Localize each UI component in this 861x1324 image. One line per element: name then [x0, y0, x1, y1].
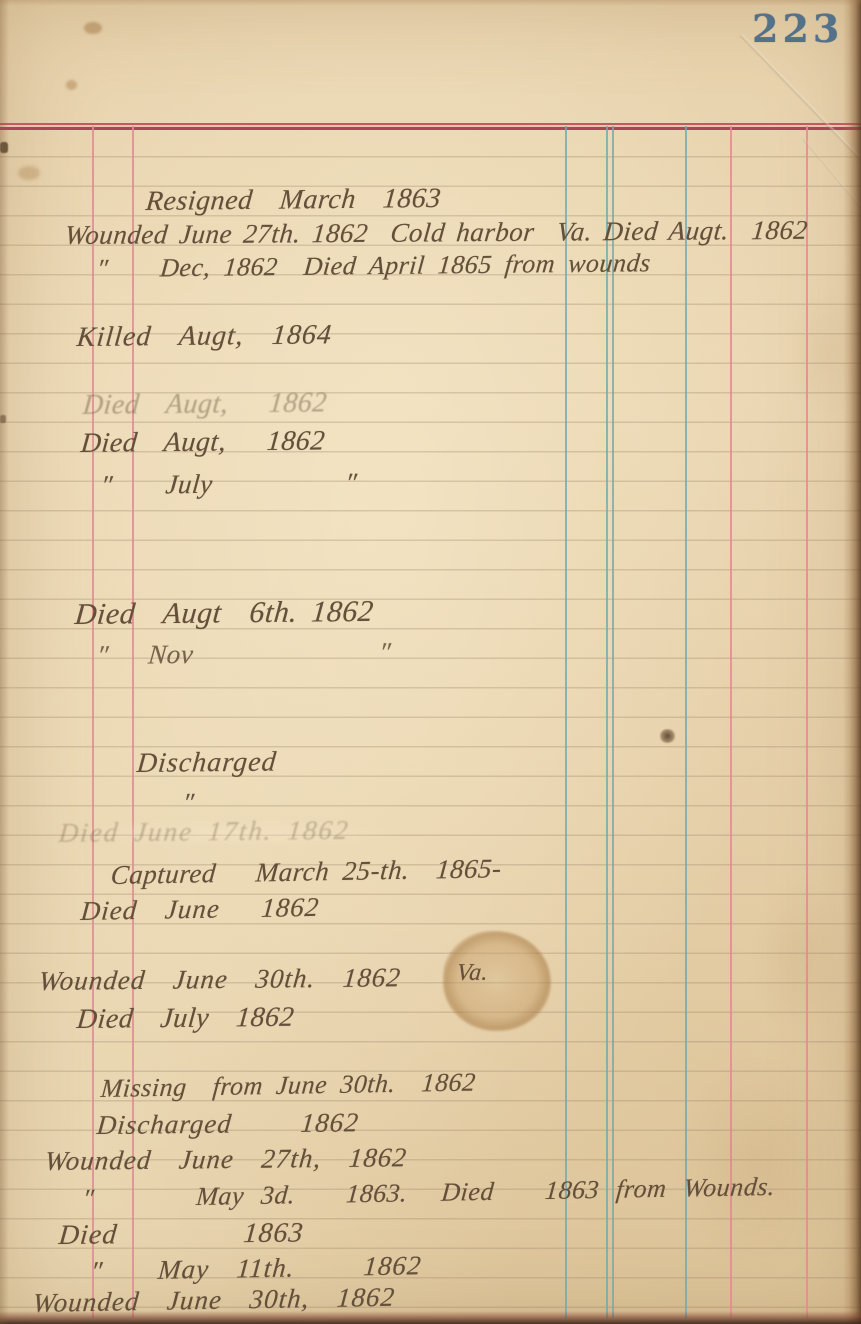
right-page-edge	[843, 0, 861, 1324]
fox-spot	[84, 22, 102, 34]
ink-spot	[659, 729, 676, 743]
handwritten-entry: Wounded June 30th. 1862	[37, 962, 402, 997]
vertical-rule-teal	[565, 126, 567, 1318]
stain-wash	[680, 1060, 840, 1270]
handwritten-entry: Wounded June 27th. 1862 Cold harbor Va. …	[63, 215, 809, 251]
handwritten-entry: Died July 1862	[75, 1002, 295, 1036]
handwritten-entry: ″ Dec, 1862 Died April 1865 from wounds	[95, 248, 652, 284]
vertical-rule-teal	[685, 126, 687, 1318]
vertical-rule-pink	[806, 126, 808, 1318]
handwritten-entry: Captured March 25-th. 1865-	[109, 853, 503, 891]
vertical-rule-teal	[606, 126, 608, 1318]
paper-crease	[802, 138, 861, 212]
paper-crease	[740, 34, 861, 162]
handwritten-entry: Va.	[455, 960, 489, 987]
edge-speck	[0, 142, 8, 153]
left-page-edge	[0, 0, 9, 1324]
handwritten-entry: Died Augt 6th. 1862	[73, 595, 375, 632]
handwritten-entry: ″ July ″	[99, 467, 358, 501]
handwritten-entry: Died June 1862	[79, 892, 320, 927]
handwritten-entry: Died Augt, 1862	[79, 425, 326, 460]
handwritten-entry: Resigned March 1863	[144, 183, 442, 218]
handwritten-entry: Wounded June 27th, 1862	[43, 1142, 408, 1177]
handwritten-entry: Died Augt, 1862	[81, 387, 328, 422]
fox-spot	[66, 80, 77, 90]
top-page-edge	[0, 0, 861, 6]
handwritten-entry: Discharged 1862	[95, 1107, 360, 1141]
vertical-rule-pink	[730, 126, 732, 1318]
handwritten-entry: Killed Augt, 1864	[75, 319, 333, 354]
handwritten-entry: Wounded June 30th, 1862	[31, 1282, 396, 1319]
vertical-rule-teal	[612, 126, 614, 1318]
fox-spot	[18, 166, 40, 180]
stain-wash	[790, 290, 860, 420]
edge-speck	[0, 415, 6, 423]
stain-wash	[752, 880, 852, 1030]
handwritten-entry: Died 1863	[57, 1217, 305, 1252]
handwritten-entry-faded: Died June 17th. 1862	[57, 815, 351, 849]
ledger-page: 223 Resigned March 1863 Wounded June 27t…	[0, 0, 861, 1324]
page-number: 223	[752, 6, 843, 51]
vertical-rule-pink	[92, 126, 94, 1318]
handwritten-entry: ″ Nov ″	[95, 637, 392, 671]
handwritten-entry: ″ May 3d. 1863. Died 1863 from Wounds.	[81, 1172, 776, 1214]
handwritten-entry: Discharged	[135, 747, 278, 780]
handwritten-entry: ″	[181, 788, 195, 818]
handwritten-entry: Missing from June 30th. 1862	[99, 1067, 477, 1104]
